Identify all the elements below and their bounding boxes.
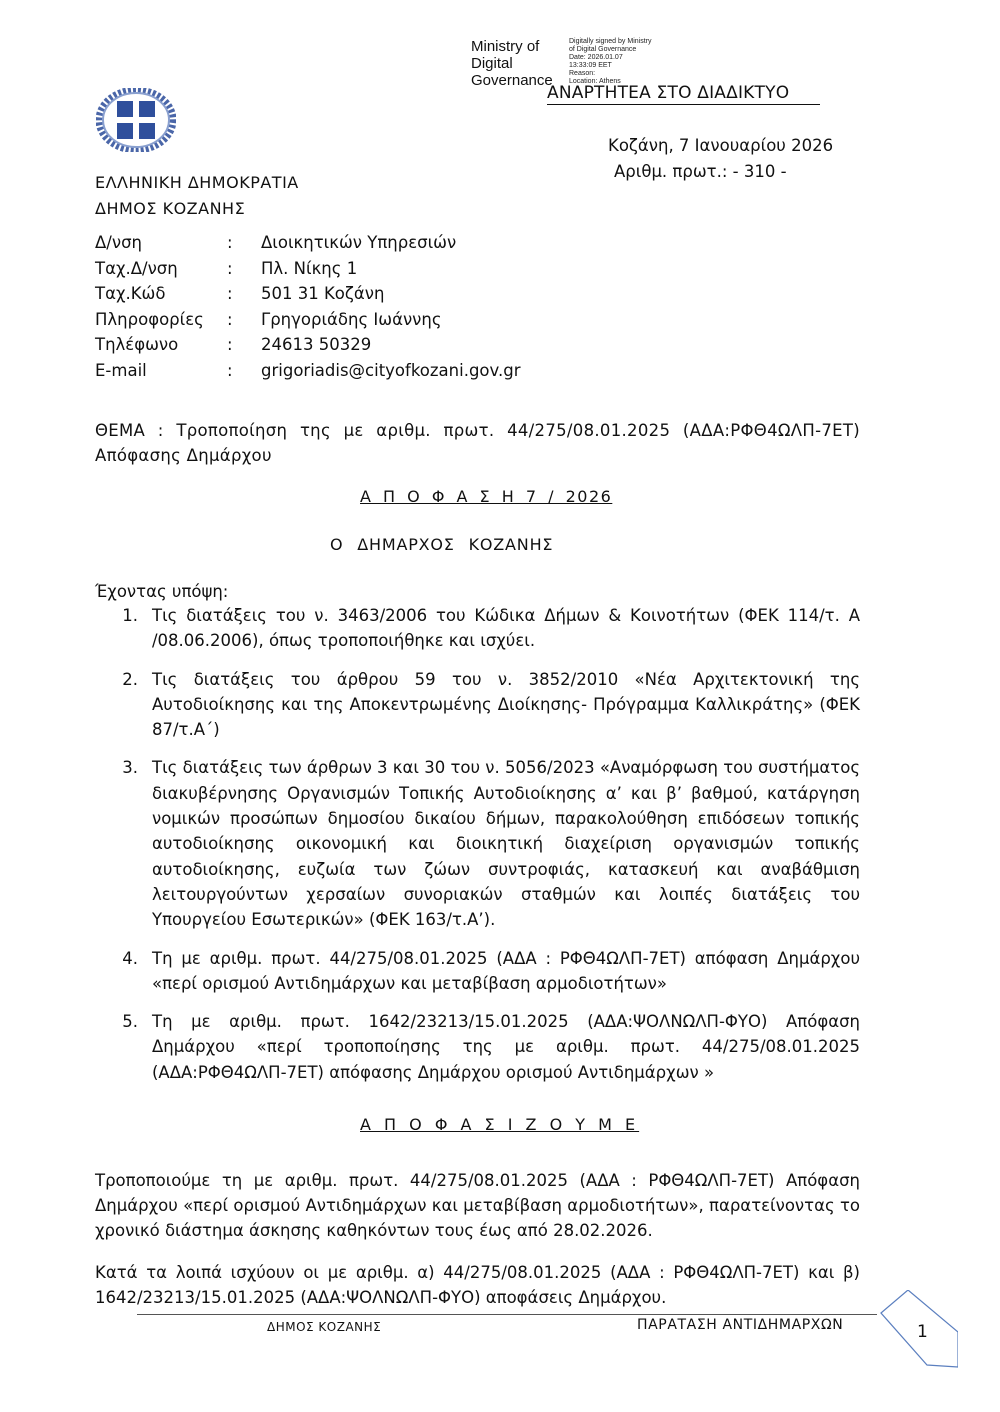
decision-paragraph: Κατά τα λοιπά ισχύουν οι με αριθμ. α) 44… bbox=[95, 1260, 860, 1310]
protocol-number: Αριθμ. πρωτ.: - 310 - bbox=[608, 159, 833, 185]
decision-title: Α Π Ο Φ Α Σ Η 7 / 2026 bbox=[360, 487, 612, 506]
info-separator: : bbox=[227, 281, 261, 307]
signature-detail: of Digital Governance bbox=[569, 46, 651, 54]
signature-detail: Date: 2026.01.07 bbox=[569, 54, 651, 62]
signature-issuer-line: Ministry of bbox=[471, 38, 553, 55]
info-separator: : bbox=[227, 256, 261, 282]
info-separator: : bbox=[227, 332, 261, 358]
list-item: 5.Τη με αριθμ. πρωτ. 1642/23213/15.01.20… bbox=[95, 1009, 860, 1085]
info-separator: : bbox=[227, 307, 261, 333]
item-number: 5. bbox=[95, 1009, 138, 1085]
date-block: Κοζάνη, 7 Ιανουαρίου 2026 Αριθμ. πρωτ.: … bbox=[608, 133, 833, 185]
having-regard-label: Έχοντας υπόψη: bbox=[95, 582, 228, 601]
info-row: Δ/νση:Διοικητικών Υπηρεσιών bbox=[95, 230, 521, 256]
footer-divider bbox=[137, 1314, 877, 1315]
footer-right: ΠΑΡΑΤΑΣΗ ΑΝΤΙΔΗΜΑΡΧΩΝ bbox=[637, 1317, 843, 1333]
item-number: 1. bbox=[95, 603, 138, 654]
list-item: 4.Τη με αριθμ. πρωτ. 44/275/08.01.2025 (… bbox=[95, 946, 860, 997]
email-link[interactable]: grigoriadis@cityofkozani.gov.gr bbox=[261, 358, 521, 384]
signature-issuer: Ministry of Digital Governance bbox=[471, 38, 553, 89]
info-value: 24613 50329 bbox=[261, 332, 371, 358]
subject-line: ΘΕΜΑ : Τροποποίηση της με αριθμ. πρωτ. 4… bbox=[95, 418, 860, 468]
info-label: Ταχ.Κώδ bbox=[95, 281, 227, 307]
item-number: 3. bbox=[95, 755, 138, 932]
contact-info: Δ/νση:Διοικητικών Υπηρεσιών Ταχ.Δ/νση:Πλ… bbox=[95, 230, 521, 384]
signature-detail: Reason: bbox=[569, 70, 651, 78]
signature-issuer-line: Governance bbox=[471, 72, 553, 89]
item-text: Τη με αριθμ. πρωτ. 1642/23213/15.01.2025… bbox=[138, 1009, 860, 1085]
info-label: Ταχ.Δ/νση bbox=[95, 256, 227, 282]
info-value: Πλ. Νίκης 1 bbox=[261, 256, 357, 282]
info-row: E-mail:grigoriadis@cityofkozani.gov.gr bbox=[95, 358, 521, 384]
mayor-heading: Ο ΔΗΜΑΡΧΟΣ ΚΟΖΑΝΗΣ bbox=[330, 535, 553, 554]
item-text: Τις διατάξεις του άρθρου 59 του ν. 3852/… bbox=[138, 667, 860, 743]
item-text: Τις διατάξεις των άρθρων 3 και 30 του ν.… bbox=[138, 755, 860, 932]
info-label: Δ/νση bbox=[95, 230, 227, 256]
list-item: 3.Τις διατάξεις των άρθρων 3 και 30 του … bbox=[95, 755, 860, 932]
municipality-label: ΔΗΜΟΣ ΚΟΖΑΝΗΣ bbox=[95, 196, 299, 222]
info-value: Γρηγοριάδης Ιωάννης bbox=[261, 307, 442, 333]
item-text: Τις διατάξεις του ν. 3463/2006 του Κώδικ… bbox=[138, 603, 860, 654]
signature-detail: 13:33:09 EET bbox=[569, 62, 651, 70]
signature-issuer-line: Digital bbox=[471, 55, 553, 72]
we-decide-heading: Α Π Ο Φ Α Σ Ι Ζ Ο Υ Μ Ε bbox=[360, 1115, 639, 1134]
info-value: Διοικητικών Υπηρεσιών bbox=[261, 230, 456, 256]
item-text: Τη με αριθμ. πρωτ. 44/275/08.01.2025 (ΑΔ… bbox=[138, 946, 860, 997]
item-number: 4. bbox=[95, 946, 138, 997]
info-separator: : bbox=[227, 230, 261, 256]
info-row: Τηλέφωνο:24613 50329 bbox=[95, 332, 521, 358]
publish-notice: ΑΝΑΡΤΗΤΕΑ ΣΤΟ ΔΙΑΔΙΚΤΥΟ bbox=[547, 83, 820, 105]
info-label: Πληροφορίες bbox=[95, 307, 227, 333]
issuer-header: ΕΛΛΗΝΙΚΗ ΔΗΜΟΚΡΑΤΙΑ ΔΗΜΟΣ ΚΟΖΑΝΗΣ bbox=[95, 170, 299, 222]
decision-paragraph: Τροποποιούμε τη με αριθμ. πρωτ. 44/275/0… bbox=[95, 1168, 860, 1243]
info-separator: : bbox=[227, 358, 261, 384]
list-item: 1.Τις διατάξεις του ν. 3463/2006 του Κώδ… bbox=[95, 603, 860, 654]
signature-details: Digitally signed by Ministry of Digital … bbox=[569, 38, 651, 86]
greek-emblem-icon bbox=[96, 88, 176, 152]
item-number: 2. bbox=[95, 667, 138, 743]
signature-detail: Digitally signed by Ministry bbox=[569, 38, 651, 46]
info-value: 501 31 Κοζάνη bbox=[261, 281, 384, 307]
info-row: Ταχ.Κώδ:501 31 Κοζάνη bbox=[95, 281, 521, 307]
considerations-list: 1.Τις διατάξεις του ν. 3463/2006 του Κώδ… bbox=[95, 603, 860, 1098]
info-label: Τηλέφωνο bbox=[95, 332, 227, 358]
page-number: 1 bbox=[917, 1322, 928, 1342]
info-row: Ταχ.Δ/νση:Πλ. Νίκης 1 bbox=[95, 256, 521, 282]
list-item: 2.Τις διατάξεις του άρθρου 59 του ν. 385… bbox=[95, 667, 860, 743]
info-row: Πληροφορίες:Γρηγοριάδης Ιωάννης bbox=[95, 307, 521, 333]
info-label: E-mail bbox=[95, 358, 227, 384]
document-date: Κοζάνη, 7 Ιανουαρίου 2026 bbox=[608, 133, 833, 159]
footer-left: ΔΗΜΟΣ ΚΟΖΑΝΗΣ bbox=[267, 1320, 381, 1334]
republic-label: ΕΛΛΗΝΙΚΗ ΔΗΜΟΚΡΑΤΙΑ bbox=[95, 170, 299, 196]
